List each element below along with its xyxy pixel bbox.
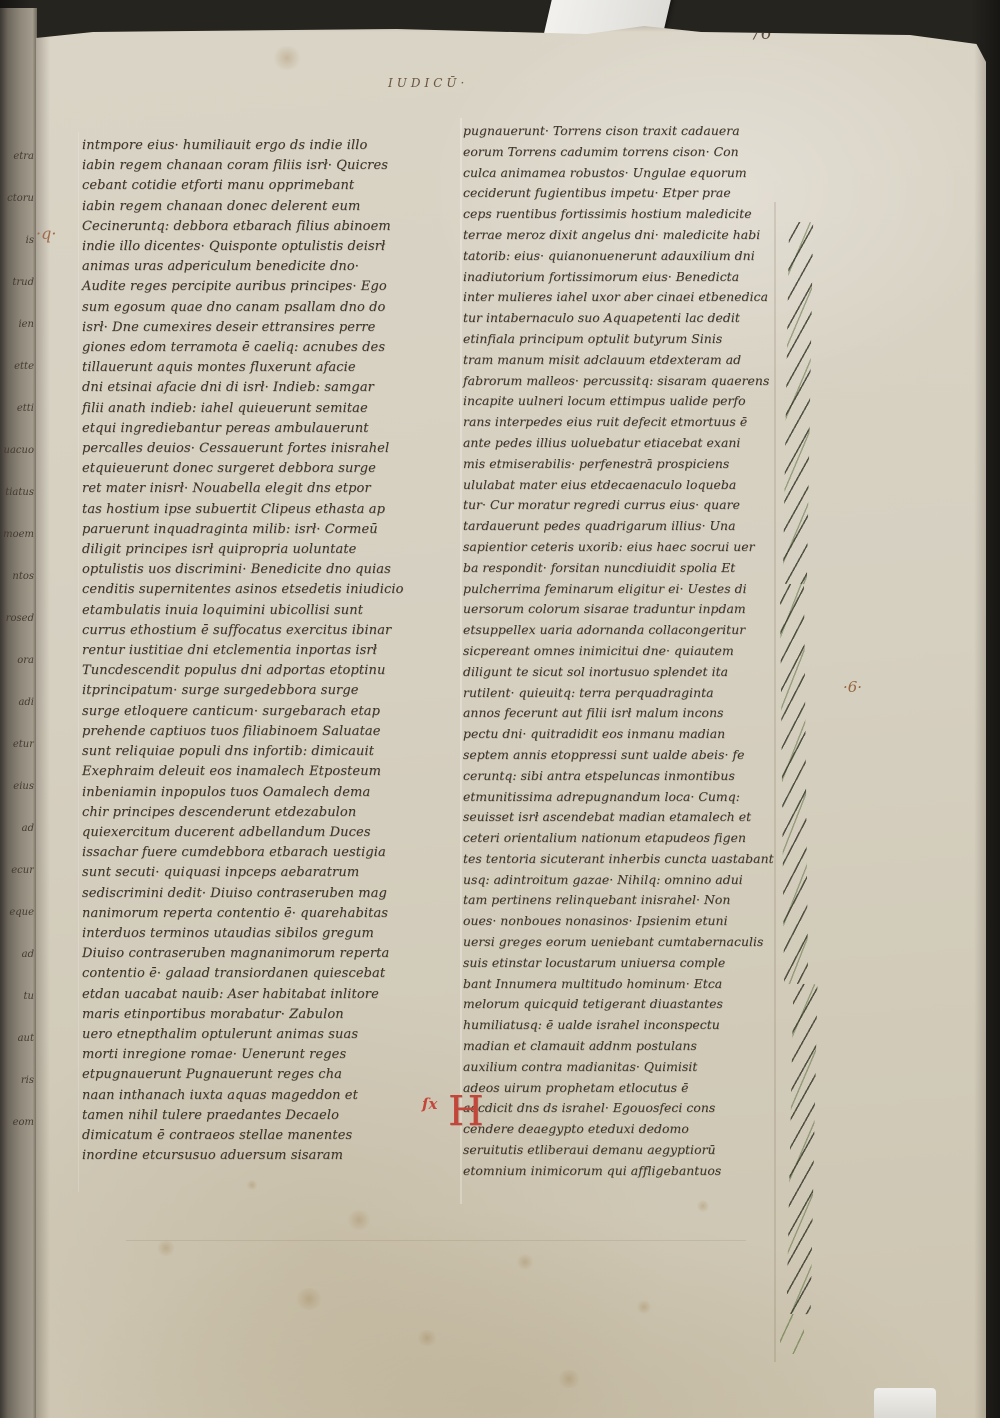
manuscript-text-line: seuisset isrł ascendebat madian etamalec…	[463, 807, 795, 828]
manuscript-text-line: uersi greges eorum ueniebant cumtabernac…	[463, 932, 795, 953]
manuscript-text-line: cenditis supernitentes asinos etsedetis …	[82, 580, 464, 600]
manuscript-text-line: paruerunt inquadraginta milib: isrł· Cor…	[82, 520, 464, 540]
manuscript-text-line: ceciderunt fugientibus impetu· Etper pra…	[463, 183, 795, 204]
manuscript-text-line: pectu dni· quitradidit eos inmanu madian	[463, 724, 795, 745]
manuscript-text-line: ante pedes illius uoluebatur etiacebat e…	[463, 433, 795, 454]
manuscript-text-line: giones edom terramota ē caeliq: acnubes …	[82, 338, 464, 358]
right-margin-mark: ·6·	[843, 678, 862, 696]
manuscript-text-line: madian et clamauit addnm postulans	[463, 1036, 795, 1057]
manuscript-text-line: inbeniamin inpopulos tuos Oamalech dema	[82, 783, 464, 803]
manuscript-text-line: filii anath indieb: iahel quieuerunt sem…	[82, 399, 464, 419]
manuscript-text-line: diligit principes isrł quipropria uolunt…	[82, 540, 464, 560]
manuscript-text-line: diligunt te sicut sol inortusuo splendet…	[463, 662, 795, 683]
manuscript-text-line: tam pertinens relinquebant inisrahel· No…	[463, 890, 795, 911]
text-fragment: eius	[1, 766, 34, 808]
text-fragment: tiatus	[1, 472, 34, 514]
stain	[246, 1180, 258, 1190]
manuscript-text-line: optulistis uos discrimini· Benedicite dn…	[82, 560, 464, 580]
text-fragment: ora	[1, 640, 34, 682]
manuscript-text-line: etinfiala principum optulit butyrum Sini…	[463, 329, 795, 350]
manuscript-text-line: etquieuerunt donec surgeret debbora surg…	[82, 459, 464, 479]
left-text-column: intmpore eius· humiliauit ergo ds indie …	[82, 136, 464, 1166]
text-fragment: etur	[1, 724, 34, 766]
text-fragment: etti	[1, 388, 34, 430]
manuscript-text-line: ceruntq: sibi antra etspeluncas inmontib…	[463, 766, 795, 787]
manuscript-text-line: seruitutis etliberaui demanu aegyptiorū	[463, 1140, 795, 1161]
manuscript-text-line: iabin regem chanaan coram filiis isrł· Q…	[82, 156, 464, 176]
manuscript-text-line: etdan uacabat nauib: Aser habitabat inli…	[82, 985, 464, 1005]
running-title: IUDICŪ·	[388, 76, 468, 90]
stain	[156, 1240, 176, 1256]
manuscript-text-line: contentio ē· galaad transiordanen quiesc…	[82, 964, 464, 984]
left-margin-mark: ·q·	[36, 224, 56, 243]
manuscript-text-line: sum egosum quae dno canam psallam dno do	[82, 298, 464, 318]
manuscript-text-line: tamen nihil tulere praedantes Decaelo	[82, 1106, 464, 1126]
manuscript-text-line: quiexercitum ducerent adbellandum Duces	[82, 823, 464, 843]
text-fragment: tu	[1, 976, 34, 1018]
manuscript-text-line: chir principes descenderunt etdezabulon	[82, 803, 464, 823]
manuscript-text-line: Cecineruntq: debbora etbarach filius abi…	[82, 217, 464, 237]
manuscript-text-line: septem annis etoppressi sunt ualde abeis…	[463, 745, 795, 766]
manuscript-text-line: etomnium inimicorum qui affligebantuos	[463, 1161, 795, 1182]
stain	[696, 1200, 710, 1212]
manuscript-text-line: tes tentoria sicuterant inherbis cuncta …	[463, 849, 795, 870]
manuscript-text-line: inter mulieres iahel uxor aber cinaei et…	[463, 287, 795, 308]
manuscript-text-line: itprincipatum· surge surgedebbora surge	[82, 681, 464, 701]
manuscript-text-line: usq: adintroitum gazae· Nihilq: omnino a…	[463, 870, 795, 891]
manuscript-text-line: iabin regem chanaan donec delerent eum	[82, 197, 464, 217]
manuscript-text-line: intmpore eius· humiliauit ergo ds indie …	[82, 136, 464, 156]
manuscript-text-line: morti inregione romae· Uenerunt reges	[82, 1045, 464, 1065]
manuscript-text-line: Tuncdescendit populus dni adportas etopt…	[82, 661, 464, 681]
text-fragment: ad	[1, 934, 34, 976]
facing-page-edge: etractoruistrudienetteettiuacuotiatusmoe…	[0, 8, 37, 1418]
manuscript-text-line: sicpereant omnes inimicitui dne· quiaute…	[463, 641, 795, 662]
manuscript-text-line: maris etinportibus morabatur· Zabulon	[82, 1005, 464, 1025]
manuscript-text-line: aecdicit dns ds israhel· Egouosfeci cons	[463, 1098, 795, 1119]
manuscript-text-line: etsuppellex uaria adornanda collacongeri…	[463, 620, 795, 641]
manuscript-text-line: terrae meroz dixit angelus dni· maledici…	[463, 225, 795, 246]
manuscript-text-line: tas hostium ipse subuertit Clipeus ethas…	[82, 500, 464, 520]
manuscript-text-line: Audite reges percipite auribus principes…	[82, 277, 464, 297]
manuscript-text-line: Diuiso contraseruben magnanimorum repert…	[82, 944, 464, 964]
parchment-page: IUDICŪ· 76 ·q· ·6· intmpore eius· humili…	[36, 22, 986, 1418]
manuscript-text-line: prehende captiuos tuos filiabinoem Salua…	[82, 722, 464, 742]
manuscript-text-line: uero etnepthalim optulerunt animas suas	[82, 1025, 464, 1045]
manuscript-text-line: tur· Cur moratur regredi currus eius· qu…	[463, 495, 795, 516]
manuscript-text-line: mis etmiserabilis· perfenestrā prospicie…	[463, 454, 795, 475]
manuscript-text-line: percalles deuios· Cessauerunt fortes ini…	[82, 439, 464, 459]
text-fragment: ecur	[1, 850, 34, 892]
manuscript-text-line: etqui ingrediebantur pereas ambulauerunt	[82, 419, 464, 439]
manuscript-text-line: dni etsinai afacie dni di isrł· Indieb: …	[82, 378, 464, 398]
manuscript-text-line: adeos uirum prophetam etlocutus ē	[463, 1078, 795, 1099]
text-fragment: adi	[1, 682, 34, 724]
stain	[516, 1254, 534, 1270]
text-fragment: moem	[1, 514, 34, 556]
manuscript-text-line: interduos terminos utaudias sibilos greg…	[82, 924, 464, 944]
manuscript-text-line: humiliatusq: ē ualde israhel inconspectu	[463, 1015, 795, 1036]
manuscript-text-line: animas uras adpericulum benedicite dno·	[82, 257, 464, 277]
stain	[636, 1300, 652, 1314]
stain	[272, 46, 302, 70]
text-fragment: ntos	[1, 556, 34, 598]
manuscript-text-line: rentur iustitiae dni etclementia inporta…	[82, 641, 464, 661]
manuscript-text-line: rans interpedes eius ruit defecit etmort…	[463, 412, 795, 433]
manuscript-text-line: cebant cotidie etforti manu opprimebant	[82, 176, 464, 196]
text-fragment: aut	[1, 1018, 34, 1060]
text-fragment: etra	[1, 136, 34, 178]
manuscript-text-line: annos fecerunt aut filii isrł malum inco…	[463, 703, 795, 724]
manuscript-text-line: isrł· Dne cumexires deseir ettransires p…	[82, 318, 464, 338]
text-fragment: trud	[1, 262, 34, 304]
bookmark-tab-bottom	[874, 1388, 936, 1418]
manuscript-text-line: etambulatis inuia loquimini ubicollisi s…	[82, 601, 464, 621]
manuscript-text-line: eorum Torrens cadumim torrens cison· Con	[463, 142, 795, 163]
manuscript-text-line: culca animamea robustos· Ungulae equorum	[463, 163, 795, 184]
manuscript-text-line: inadiutorium fortissimorum eius· Benedic…	[463, 267, 795, 288]
text-fragment: ris	[1, 1060, 34, 1102]
manuscript-text-line: etmunitissima adrepugnandum loca· Cumq:	[463, 787, 795, 808]
text-fragment: eque	[1, 892, 34, 934]
red-chapter-mark: ſx	[422, 1095, 437, 1113]
manuscript-text-line: tardauerunt pedes quadrigarum illius· Un…	[463, 516, 795, 537]
red-initial-letter: H	[448, 1091, 484, 1132]
manuscript-text-line: ba respondit· forsitan nuncdiuidit spoli…	[463, 558, 795, 579]
manuscript-text-line: Exephraim deleuit eos inamalech Etposteu…	[82, 762, 464, 782]
manuscript-text-line: incapite uulneri locum ettimpus ualide p…	[463, 391, 795, 412]
manuscript-text-line: dimicatum ē contraeos stellae manentes	[82, 1126, 464, 1146]
manuscript-text-line: suis etinstar locustarum uniuersa comple	[463, 953, 795, 974]
manuscript-text-line: tillauerunt aquis montes fluxerunt afaci…	[82, 358, 464, 378]
text-fragment: ette	[1, 346, 34, 388]
manuscript-text-line: uersorum colorum sisarae traduntur inpda…	[463, 599, 795, 620]
stain	[294, 1288, 324, 1310]
manuscript-text-line: melorum quicquid tetigerant diuastantes	[463, 994, 795, 1015]
manuscript-text-line: sediscrimini dedit· Diuiso contraseruben…	[82, 884, 464, 904]
manuscript-text-line: ceps ruentibus fortissimis hostium maled…	[463, 204, 795, 225]
manuscript-text-line: tur intabernaculo suo Aquapetenti lac de…	[463, 308, 795, 329]
text-fragment: is	[1, 220, 34, 262]
right-text-column: pugnauerunt· Torrens cison traxit cadaue…	[463, 121, 795, 1182]
manuscript-text-line: rutilent· quieuitq: terra perquadraginta	[463, 683, 795, 704]
manuscript-text-line: tram manum misit adclauum etdexteram ad	[463, 350, 795, 371]
manuscript-text-line: etpugnauerunt Pugnauerunt reges cha	[82, 1065, 464, 1085]
text-fragment: eom	[1, 1102, 34, 1144]
manuscript-text-line: sunt reliquiae populi dns infortib: dimi…	[82, 742, 464, 762]
manuscript-text-line: sapientior ceteris uxorib: eius haec soc…	[463, 537, 795, 558]
manuscript-text-line: pugnauerunt· Torrens cison traxit cadaue…	[463, 121, 795, 142]
stain	[346, 1210, 372, 1230]
manuscript-text-line: tatorib: eius· quianonuenerunt adauxiliu…	[463, 246, 795, 267]
manuscript-text-line: ululabat mater eius etdecaenaculo loqueb…	[463, 475, 795, 496]
manuscript-text-line: ret mater inisrł· Nouabella elegit dns e…	[82, 479, 464, 499]
stain	[556, 1370, 582, 1388]
manuscript-text-line: oues· nonboues nonasinos· Ipsienim etuni	[463, 911, 795, 932]
manuscript-text-line: naan inthanach iuxta aquas mageddon et	[82, 1086, 464, 1106]
text-fragment: ctoru	[1, 178, 34, 220]
manuscript-text-line: sunt secuti· quiquasi inpceps aebaratrum	[82, 863, 464, 883]
crease-line	[78, 132, 79, 1192]
text-fragment: rosed	[1, 598, 34, 640]
manuscript-text-line: currus ethostium ē suffocatus exercitus …	[82, 621, 464, 641]
facing-page-text-fragments: etractoruistrudienetteettiuacuotiatusmoe…	[1, 136, 34, 1196]
manuscript-text-line: indie illo dicentes· Quisponte optulisti…	[82, 237, 464, 257]
manuscript-text-line: pulcherrima feminarum eligitur ei· Ueste…	[463, 579, 795, 600]
text-fragment: ien	[1, 304, 34, 346]
crease-line	[126, 1240, 746, 1241]
manuscript-text-line: surge etloquere canticum· surgebarach et…	[82, 702, 464, 722]
stitch-hatch-marks-green	[780, 1314, 804, 1354]
folio-number: 76	[749, 23, 772, 44]
manuscript-text-line: fabrorum malleos· percussitq: sisaram qu…	[463, 371, 795, 392]
manuscript-text-line: issachar fuere cumdebbora etbarach uesti…	[82, 843, 464, 863]
manuscript-text-line: ceteri orientalium nationum etapudeos fi…	[463, 828, 795, 849]
text-fragment: uacuo	[1, 430, 34, 472]
manuscript-text-line: nanimorum reperta contentio ē· quarehabi…	[82, 904, 464, 924]
manuscript-text-line: bant Innumera multitudo hominum· Etca	[463, 974, 795, 995]
manuscript-photo: etractoruistrudienetteettiuacuotiatusmoe…	[0, 0, 1000, 1418]
text-fragment: ad	[1, 808, 34, 850]
stain	[416, 1330, 438, 1346]
manuscript-text-line: cendere deaegypto eteduxi dedomo	[463, 1119, 795, 1140]
manuscript-text-line: inordine etcursusuo aduersum sisaram	[82, 1146, 464, 1166]
manuscript-text-line: auxilium contra madianitas· Quimisit	[463, 1057, 795, 1078]
